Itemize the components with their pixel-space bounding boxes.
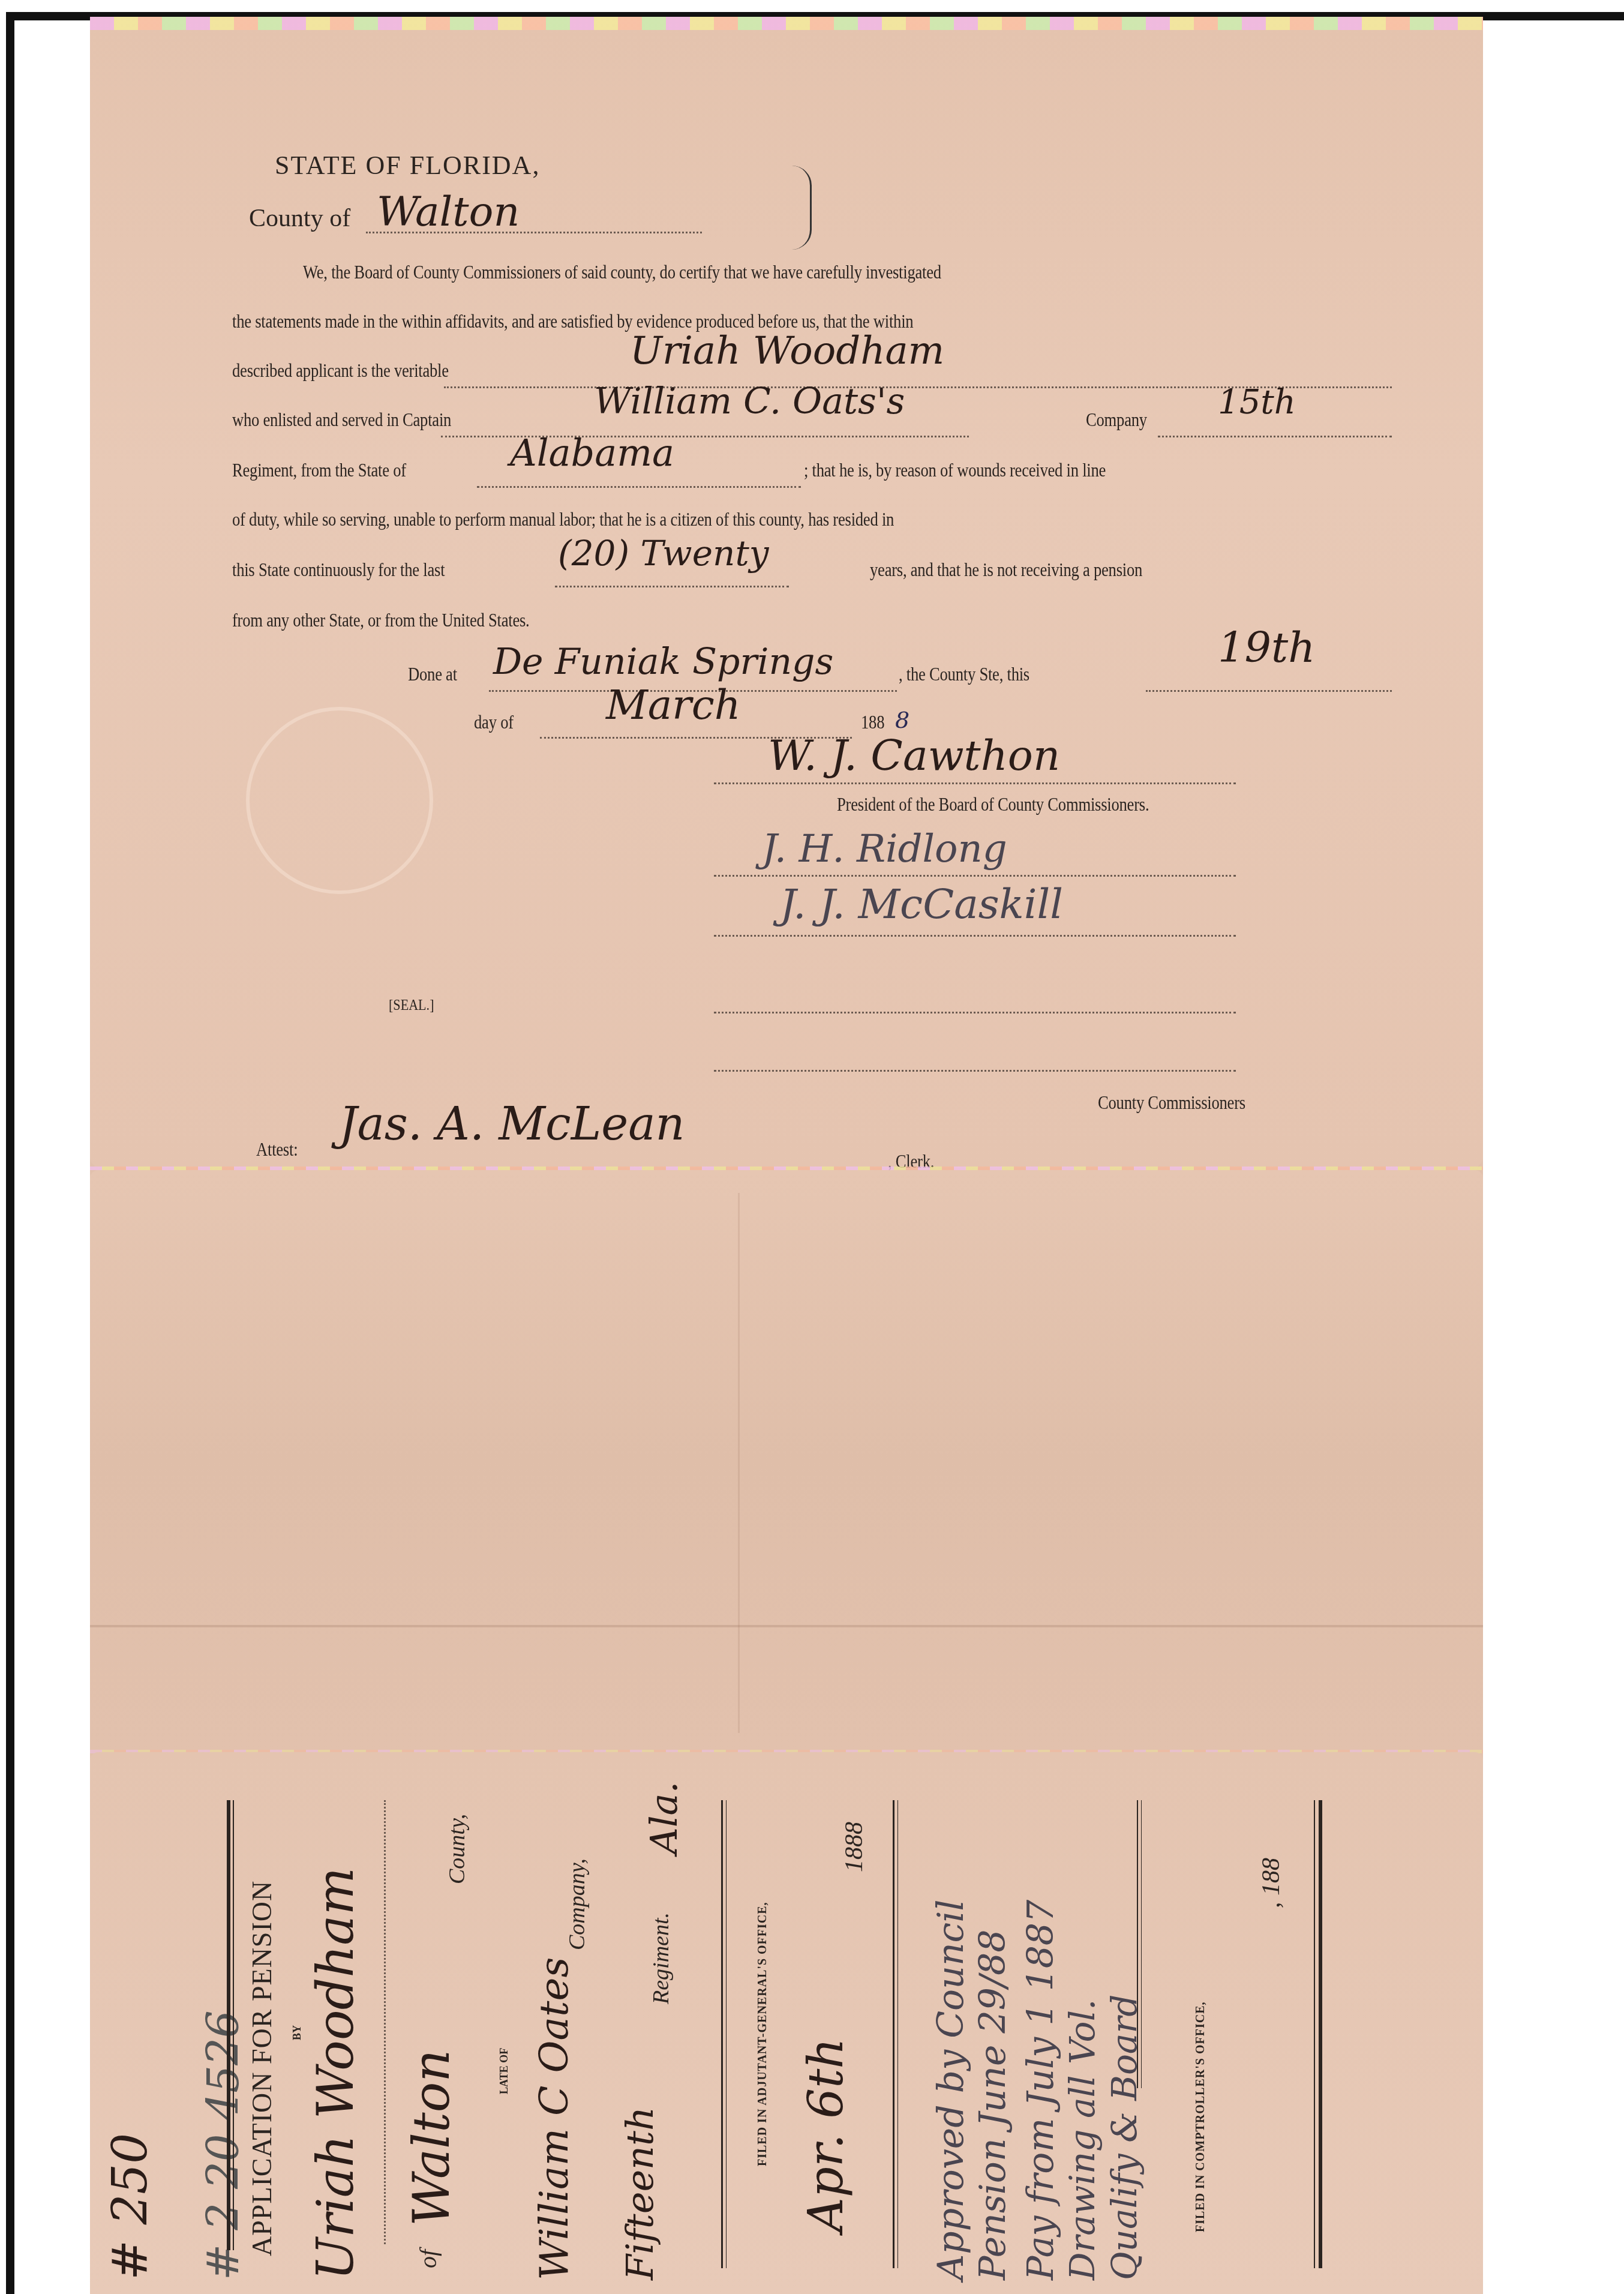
- holographic-edge: [90, 17, 1483, 30]
- docket-rule-4b: [1141, 1800, 1142, 2088]
- done-at-value: De Funiak Springs: [493, 641, 833, 683]
- certificate-panel: STATE OF FLORIDA, County of Walton We, t…: [90, 17, 1483, 1168]
- docket-rule-thick: [227, 1800, 230, 2250]
- seal-label: [SEAL.]: [389, 996, 434, 1014]
- commissioner-4-line: [714, 1070, 1236, 1072]
- para-line-7-prefix: this State continuously for the last: [232, 559, 445, 581]
- attest-label: Attest:: [256, 1139, 298, 1161]
- adjutant-date: Apr. 6th: [798, 2038, 854, 2232]
- docket-note-2: Pension June 29/88: [972, 1930, 1014, 2280]
- year-printed: 188: [861, 712, 884, 733]
- commissioner-2-signature: J. J. McCaskill: [780, 881, 1063, 928]
- docket-note-4: Drawing all Vol.: [1062, 1999, 1103, 2280]
- docket-county-value: Walton: [402, 2050, 461, 2226]
- county-label: County of: [249, 204, 350, 233]
- para-line-8: from any other State, or from the United…: [232, 610, 530, 631]
- attest-signature: Jas. A. McLean: [339, 1097, 685, 1150]
- month-value: March: [606, 682, 741, 729]
- vertical-crease: [738, 1193, 740, 1733]
- docket-panel: # 250 # 2 20 4526 APPLICATION FOR PENSIO…: [90, 1752, 1483, 2294]
- docket-note-1: Approved by Council: [930, 1899, 972, 2280]
- commissioner-3-line: [714, 1012, 1236, 1013]
- brace: [792, 166, 812, 250]
- applicant-name: Uriah Woodham: [630, 329, 944, 373]
- docket-rule-2a: [721, 1800, 723, 2268]
- docket-heading: APPLICATION FOR PENSION: [246, 1881, 278, 2256]
- para-line-6: of duty, while so serving, unable to per…: [232, 509, 894, 530]
- docket-regiment-label: Regiment.: [648, 1912, 674, 2004]
- state-heading: STATE OF FLORIDA,: [275, 150, 540, 181]
- docket-late-of-label: LATE OF: [498, 2048, 511, 2094]
- docket-rule-3a: [893, 1800, 894, 2268]
- day-value: 19th: [1218, 623, 1315, 672]
- president-line: [714, 782, 1236, 784]
- docket-of-label: of: [414, 2250, 442, 2268]
- scan-border-left: [6, 13, 14, 2294]
- year-handwritten-digit: 8: [895, 707, 909, 733]
- docket-rule-2b: [726, 1800, 727, 2268]
- docket-company-value: William C Oates: [531, 1957, 577, 2280]
- docket-rule-thin: [233, 1800, 234, 2250]
- docket-rule-5a: [1314, 1800, 1315, 2268]
- years-line: [555, 586, 789, 587]
- company-line: [1158, 436, 1392, 437]
- captain-name: William C. Oats's: [594, 380, 905, 422]
- docket-rule-5b: [1319, 1800, 1322, 2268]
- adjutant-label: FILED IN ADJUTANT-GENERAL'S OFFICE,: [756, 1902, 770, 2166]
- para-line-3-prefix: described applicant is the veritable: [232, 360, 449, 382]
- day-line: [1146, 690, 1392, 692]
- commissioners-title: County Commissioners: [1098, 1092, 1245, 1114]
- blank-panel: [90, 1170, 1483, 1751]
- docket-note-3: Pay from July 1 1887: [1020, 1900, 1062, 2280]
- para-line-5-prefix: Regiment, from the State of: [232, 460, 406, 481]
- comptroller-year: , 188: [1257, 1858, 1286, 1908]
- done-at-label: Done at: [408, 664, 457, 685]
- docket-applicant-name: Uriah Woodham: [306, 1867, 365, 2280]
- para-line-4-prefix: who enlisted and served in Captain: [232, 409, 451, 431]
- docket-number-1: # 250: [102, 2133, 158, 2280]
- para-line-1: We, the Board of County Commissioners of…: [303, 262, 941, 283]
- county-line: [366, 232, 702, 233]
- para-line-5-suffix: ; that he is, by reason of wounds receiv…: [804, 460, 1106, 481]
- company-value: 15th: [1218, 383, 1296, 422]
- commissioner-2-line: [714, 935, 1236, 937]
- years-value: (20) Twenty: [558, 533, 769, 574]
- docket-regiment-value: Fifteenth: [618, 2107, 662, 2280]
- comptroller-label: FILED IN COMPTROLLER'S OFFICE,: [1194, 2002, 1208, 2232]
- docket-company-label: Company,: [564, 1858, 590, 1950]
- docket-name-line: [384, 1800, 386, 2244]
- horizontal-crease: [90, 1625, 1483, 1627]
- county-value: Walton: [377, 188, 520, 236]
- docket-number-2: # 2 20 4526: [198, 2010, 248, 2280]
- state-line: [477, 486, 801, 488]
- docket-by-label: BY: [291, 2025, 304, 2040]
- docket: # 250 # 2 20 4526 APPLICATION FOR PENSIO…: [90, 1752, 1483, 2294]
- scan-margin: [14, 20, 90, 2294]
- county-seat-text: , the County Ste, this: [899, 664, 1029, 685]
- day-of-label: day of: [474, 712, 514, 733]
- docket-regiment-state: Ala.: [642, 1782, 686, 1854]
- docket-note-5: Qualify & Board: [1104, 1995, 1145, 2280]
- document-paper: STATE OF FLORIDA, County of Walton We, t…: [90, 17, 1483, 2294]
- commissioner-1-line: [714, 875, 1236, 877]
- embossed-seal: [246, 707, 433, 894]
- para-line-7-suffix: years, and that he is not receiving a pe…: [870, 559, 1142, 581]
- president-title: President of the Board of County Commiss…: [837, 794, 1149, 815]
- docket-rule-4a: [1137, 1800, 1138, 2088]
- company-label: Company: [1086, 409, 1147, 431]
- adjutant-year: 1888: [840, 1822, 869, 1872]
- state-value: Alabama: [510, 431, 674, 475]
- docket-county-label: County,: [444, 1814, 470, 1884]
- commissioner-1-signature: J. H. Ridlong: [762, 827, 1007, 871]
- president-signature: W. J. Cawthon: [768, 731, 1060, 780]
- docket-rule-3b: [897, 1800, 898, 2268]
